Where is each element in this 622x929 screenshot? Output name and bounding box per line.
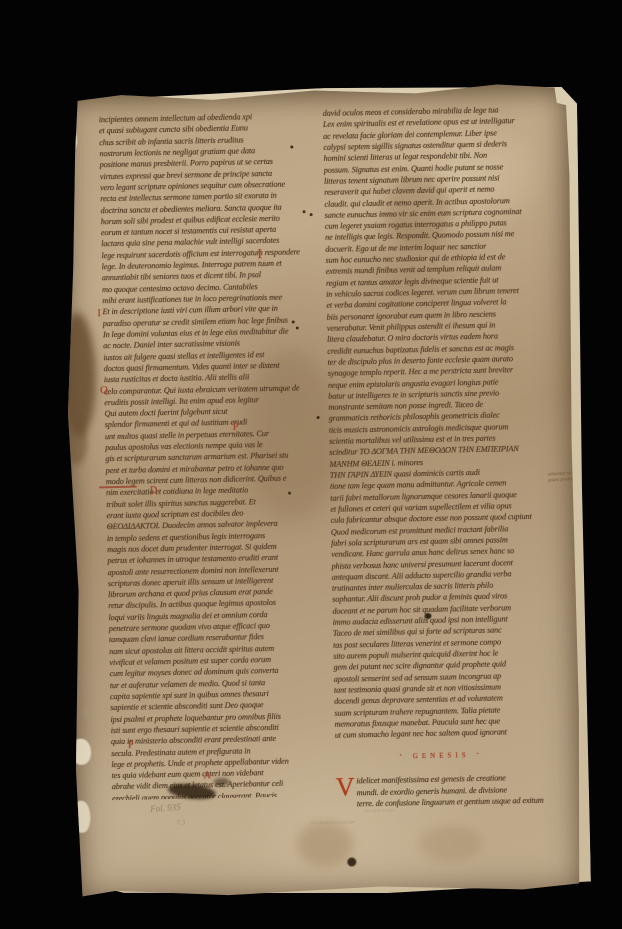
pencil-note-2: qui sunt scripta bbox=[364, 809, 395, 816]
ink-spot bbox=[303, 210, 306, 213]
rubric-initial: I bbox=[257, 247, 262, 263]
ink-spot bbox=[288, 492, 291, 495]
ink-spot-large bbox=[347, 857, 356, 866]
rubric-initial: Q bbox=[100, 384, 108, 396]
folio-pencil-mark-2: 7.3 bbox=[176, 818, 185, 829]
pencil-note: per dominum nostrum bbox=[310, 820, 354, 827]
edge-stain-small bbox=[65, 419, 88, 465]
repair-patch-bottom bbox=[74, 801, 91, 833]
rubric-initial: P bbox=[233, 422, 239, 433]
ink-spot bbox=[292, 321, 295, 324]
rubric-initial: I bbox=[97, 308, 101, 319]
ink-spot bbox=[317, 416, 320, 419]
manuscript-photo: incipientes omnem intellectum ad obedien… bbox=[0, 0, 622, 929]
genesis-section: · genesis · Videlicet manifestissima est… bbox=[335, 748, 548, 810]
folio-pencil-mark: Fol. 935 bbox=[150, 802, 181, 814]
rubric-initial: D bbox=[150, 485, 157, 496]
genesis-initial-v: V bbox=[336, 776, 355, 800]
bottom-stain-2 bbox=[419, 825, 484, 862]
text-column-left: incipientes omnem intellectum ad obedien… bbox=[99, 110, 328, 800]
text-column-right: david oculos meos et considerabo mirabil… bbox=[323, 104, 549, 748]
repair-patch-mid bbox=[73, 739, 92, 765]
ink-spot bbox=[296, 326, 299, 329]
ink-spot bbox=[290, 145, 293, 148]
genesis-paragraph: Videlicet manifestissima est genesis de … bbox=[335, 761, 548, 810]
bottom-stain-1 bbox=[297, 821, 354, 866]
parchment-leaf: incipientes omnem intellectum ad obedien… bbox=[60, 79, 584, 899]
repair-patch-top bbox=[61, 127, 78, 153]
genesis-text: idelicet manifestissima est genesis de c… bbox=[356, 774, 543, 809]
blue-pencil-mark: 1 bbox=[81, 708, 88, 719]
edge-stain bbox=[59, 312, 97, 437]
ink-spot bbox=[310, 213, 313, 216]
rubric-initial: P bbox=[128, 740, 134, 751]
rubric-initial: A bbox=[203, 770, 210, 781]
